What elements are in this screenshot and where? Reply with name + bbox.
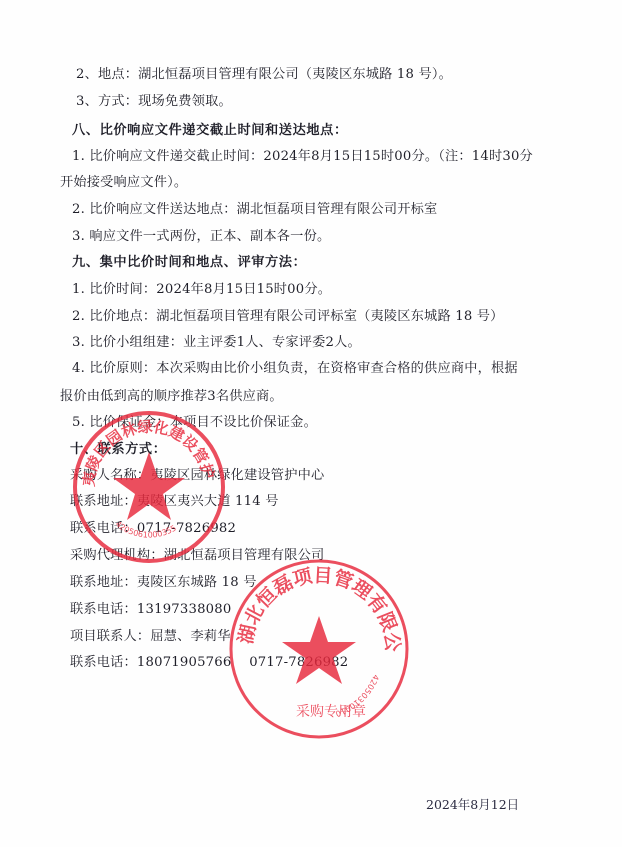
section8-item2: 2. 比价响应文件送达地点：湖北恒磊项目管理有限公司开标室 — [72, 201, 437, 219]
svg-text:采购专用章: 采购专用章 — [296, 703, 366, 720]
project-contacts: 项目联系人：屈慧、李莉华 — [70, 628, 231, 646]
agency-phone: 联系电话：13197338080 — [70, 601, 231, 619]
document-date: 2024年8月12日 — [426, 796, 519, 814]
purchaser-phone: 联系电话：0717-7826982 — [70, 520, 236, 538]
section9-item2: 2. 比价地点：湖北恒磊项目管理有限公司评标室（夷陵区东城路 18 号） — [72, 308, 504, 326]
project-phone: 联系电话：18071905766 0717-7826982 — [70, 654, 348, 672]
section7-item-method: 3、方式：现场免费领取。 — [76, 93, 232, 111]
section9-item4-line2: 报价由低到高的顺序推荐3名供应商。 — [60, 388, 283, 406]
section8-heading: 八、比价响应文件递交截止时间和送达地点： — [72, 122, 348, 140]
purchaser-name: 采购人名称：夷陵区园林绿化建设管护中心 — [70, 467, 324, 485]
section9-heading: 九、集中比价时间和地点、评审方法： — [72, 254, 306, 272]
purchaser-address: 联系地址：夷陵区夷兴大道 114 号 — [70, 493, 279, 511]
section10-heading: 十、联系方式： — [70, 441, 167, 459]
document-page: 2、地点：湖北恒磊项目管理有限公司（夷陵区东城路 18 号）。 3、方式：现场免… — [0, 0, 622, 847]
section9-item1: 1. 比价时间：2024年8月15日15时00分。 — [72, 281, 331, 299]
section8-item3: 3. 响应文件一式两份，正本、副本各一份。 — [72, 228, 330, 246]
svg-text:湖北恒磊项目管理有限公司: 湖北恒磊项目管理有限公司 — [224, 554, 404, 654]
agency-address: 联系地址：夷陵区东城路 18 号 — [70, 574, 257, 592]
section7-item-location: 2、地点：湖北恒磊项目管理有限公司（夷陵区东城路 18 号）。 — [76, 66, 452, 84]
section9-item3: 3. 比价小组组建：业主评委1人、专家评委2人。 — [72, 334, 361, 352]
agency-name: 采购代理机构：湖北恒磊项目管理有限公司 — [70, 547, 324, 565]
section9-item5: 5. 比价保证金：本项目不设比价保证金。 — [72, 414, 317, 432]
section9-item4-line1: 4. 比价原则：本次采购由比价小组负责，在资格审查合格的供应商中，根据 — [72, 360, 518, 378]
section8-item1-line2: 开始接受响应文件）。 — [60, 174, 187, 192]
section8-item1-line1: 1. 比价响应文件递交截止时间：2024年8月15日15时00分。（注：14时3… — [72, 148, 533, 166]
